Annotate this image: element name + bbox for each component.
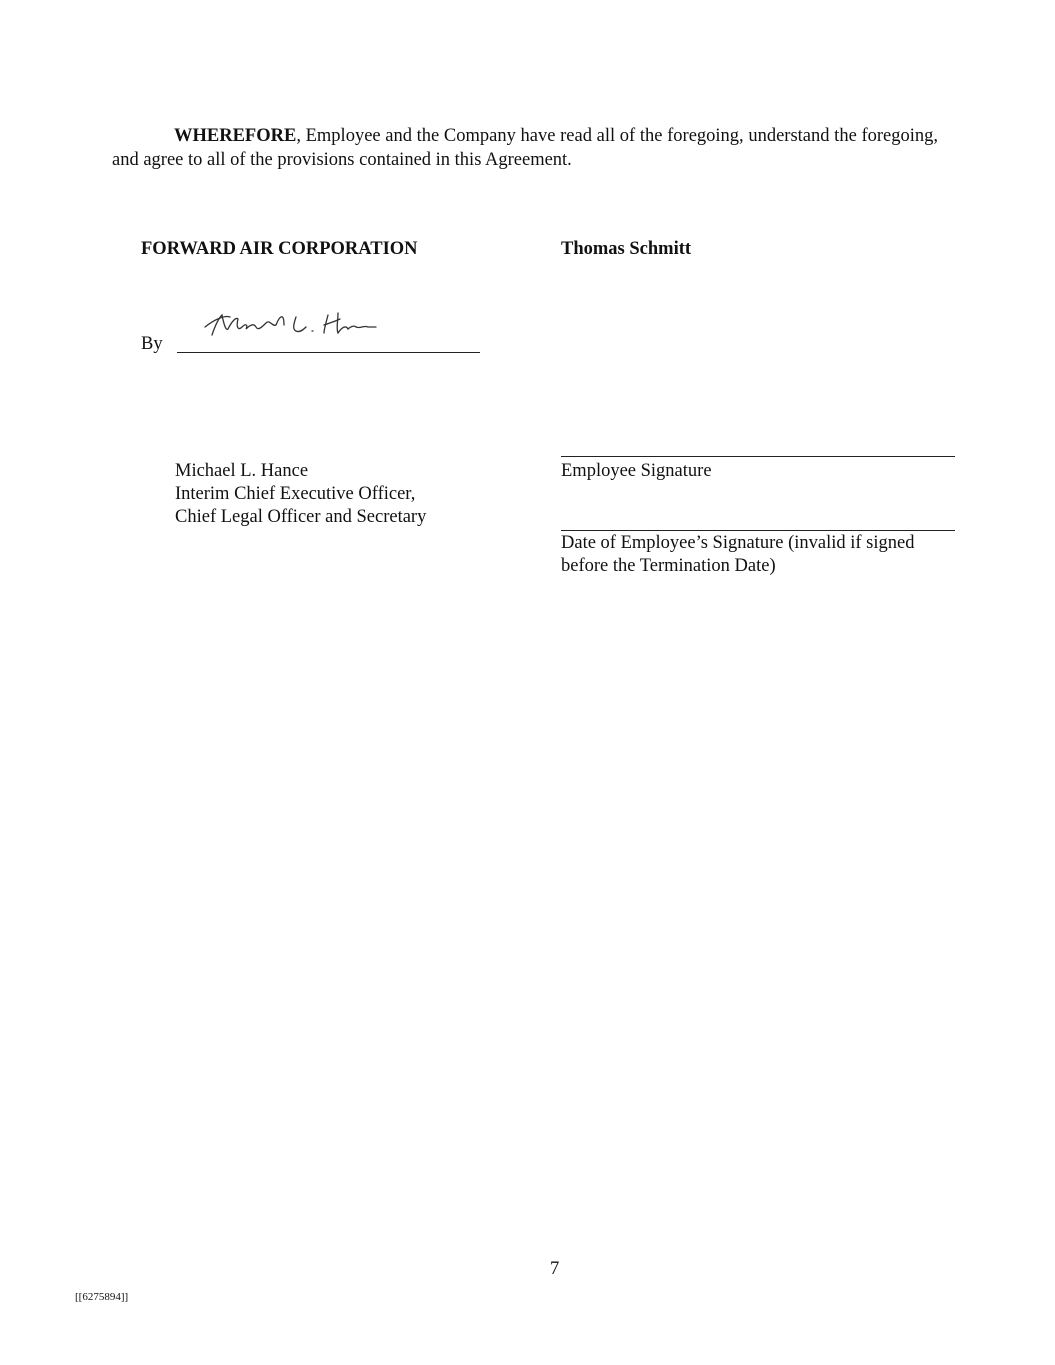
handwritten-signature-icon <box>200 305 380 345</box>
signer-title-line2: Chief Legal Officer and Secretary <box>175 507 426 528</box>
employee-signature-label: Employee Signature <box>561 461 712 482</box>
page-number: 7 <box>550 1259 559 1280</box>
date-label-line2: before the Termination Date) <box>561 556 776 577</box>
signer-title-line1: Interim Chief Executive Officer, <box>175 484 415 505</box>
signer-name: Michael L. Hance <box>175 461 308 482</box>
employee-date-line <box>561 530 955 531</box>
by-label: By <box>141 334 163 355</box>
closing-paragraph: WHEREFORE, Employee and the Company have… <box>112 124 938 172</box>
company-signature-line <box>177 352 480 353</box>
employee-name: Thomas Schmitt <box>561 239 691 260</box>
employee-signature-line <box>561 456 955 457</box>
document-id: [[6275894]] <box>75 1291 128 1303</box>
date-label-line1: Date of Employee’s Signature (invalid if… <box>561 533 914 554</box>
company-name: FORWARD AIR CORPORATION <box>141 239 418 260</box>
wherefore-label: WHEREFORE <box>174 126 296 146</box>
